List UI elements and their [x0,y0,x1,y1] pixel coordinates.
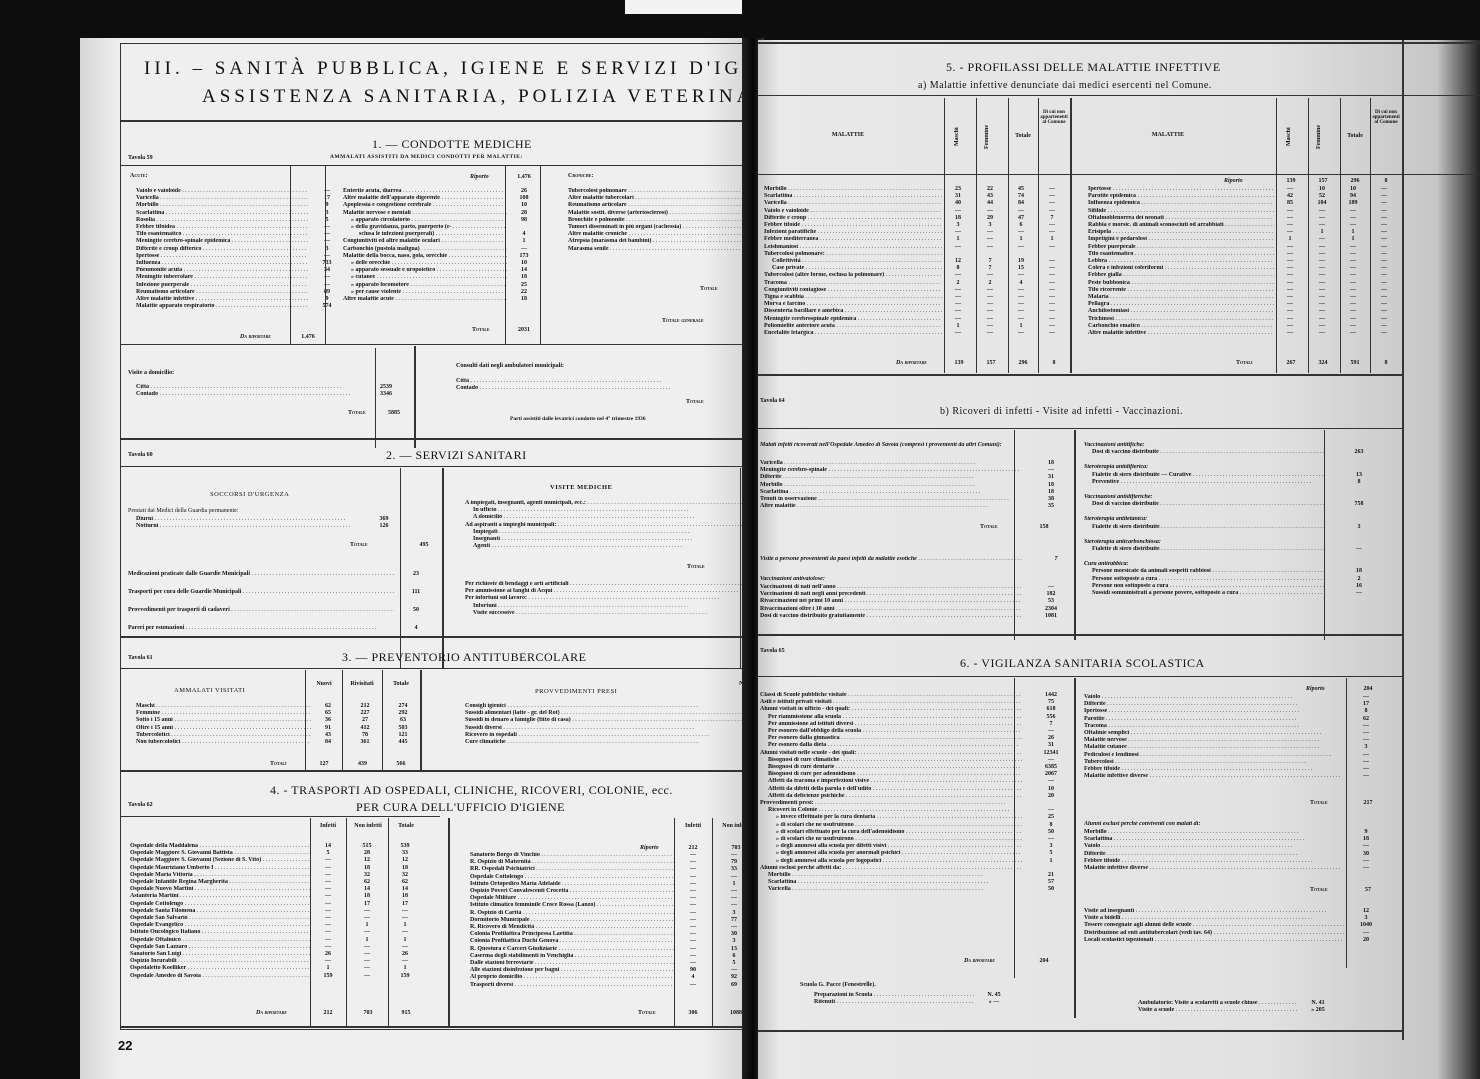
row-value: 189 [1338,200,1368,207]
row-value: — [1306,272,1338,279]
row-value: 74 [1006,193,1036,200]
ricoverati-list: Varicella18Meningite cerebro-spinale—Dif… [760,460,1080,510]
table-row: Ipertosse8 [1084,708,1388,715]
divider [1346,678,1347,968]
table-row: Ospedale Evangelico—11 [130,922,422,929]
row-value: — [1324,590,1394,597]
row-label: Tubercolosi (altre forme, esclusa la pol… [764,272,942,279]
row-label: Classi di Scuole pubbliche visitate [760,692,1022,699]
section4-title-line1: 4. - TRASPORTI AD OSPEDALI, CLINICHE, RI… [270,783,673,798]
row-value: 1 [1338,236,1368,243]
row-value: — [1368,215,1400,222]
table-row: Altre malattie acute18 [343,296,541,303]
row-label: Difterite [760,474,1022,481]
table-row: Encefalite letargica———— [764,330,1068,337]
section5-title: 5. - PROFILASSI DELLE MALATTIE INFETTIVE [946,60,1221,75]
row-value: — [1306,265,1338,272]
row-value: 2067 [1022,771,1080,778]
row-label: R. Ospizio di Maternità [470,859,674,866]
table-row: Persone non sottoposte a cura16 [1084,583,1394,590]
table-row: Ospedale Cottolengo—— [470,874,756,881]
row-value: 1442 [1022,692,1080,699]
table-row: » degli ammessi alla scuola per anormali… [760,850,1080,857]
row-value: — [1338,330,1368,337]
table-row: Preventive8 [1084,479,1394,486]
row-label: » invece effettuato per la cura dentaria [760,814,1022,821]
table-row: Persone sottoposte a cura2 [1084,576,1394,583]
table-row: Ricoveri in Colonie— [760,807,1080,814]
table-row: Ospedaletto Koelliker1—1 [130,965,422,972]
row-label: Vaiolo [1084,843,1344,850]
table-row: Case private8715— [764,265,1068,272]
table-row: Ospedale Infantile Regina Margherita—626… [130,879,422,886]
riporto-value: 204 [1348,686,1388,692]
row-value: 17 [346,901,388,908]
row-value: N. 45 [974,992,1014,999]
divider [712,818,713,1028]
row-value: N. 41 [1298,1000,1338,1007]
row-label: Persone non sottoposte a cura [1084,583,1324,590]
row-value: — [1368,258,1400,265]
row-value: — [310,879,346,886]
row-value: 1 [1022,858,1080,865]
row-label: Ospedale Maggiore S. Giovanni Battista [130,850,310,857]
soccorsi-heading: SOCCORSI D'URGENZA [210,491,289,498]
table-row: Bisognosi di cure climatiche— [760,757,1080,764]
column-header: Totale [1008,133,1038,139]
row-value: — [1036,258,1068,265]
table-row: Preparazioni in ScuolaN. 45 [814,992,1014,999]
row-value: — [1338,323,1368,330]
row-value: 53 [1022,598,1080,605]
row-label: Ipertosse [1088,186,1274,193]
row-value: — [1036,208,1068,215]
row-label: Affetti da difetti della parola e dell'u… [760,786,1022,793]
table-row: Morbillo9 [136,202,346,209]
row-value: — [974,229,1006,236]
divider [1014,430,1015,640]
row-value: — [310,893,346,900]
row-label: Trasporti per cura delle Guardie Municip… [128,583,394,601]
row-value: 159 [310,973,346,980]
row-value: — [310,857,346,864]
row-label: Febbre tifoide [1084,766,1344,773]
table-row: Per esonero dalla dieta31 [760,742,1080,749]
table-row: Al proprio domicilio492 [470,974,756,981]
row-label: » apparato circolatorio [343,217,507,224]
row-value: — [1338,251,1368,258]
row-value: 10 [507,260,541,267]
row-value: 10 [507,202,541,209]
row-label: R. Questura e Carceri Giudiziarie [470,946,674,953]
row-value: — [1344,766,1388,773]
table-row: Bronchite e polmonite [568,217,743,224]
row-value: — [674,852,712,859]
row-label: Medicazioni praticate dalle Guardie Muni… [128,565,394,583]
row-value: 43 [311,732,345,739]
row-value: 44 [974,200,1006,207]
riporto-value: 1.476 [510,174,538,180]
row-label: Ospedale Cottolengo [130,901,310,908]
row-label: Ospedale Mauriziano Umberto I [130,865,310,872]
row-value: — [1368,251,1400,258]
group-heading: Vaccinazioni antidifteriche: [1084,494,1394,501]
divider [414,346,416,448]
row-label: Sanatorio Borgo di Vinchio [470,852,674,859]
transport-list-1: Ospedale della Maddalena14515539Ospedale… [130,843,422,980]
row-label: Meningite cerebrospinale epidemica [764,316,942,323]
row-value: 14 [346,886,388,893]
divider [1014,678,1015,978]
table-row: Altre malattie infettive———— [1088,330,1400,337]
table-row: Difterite e croup difterico3 [136,246,346,253]
table-row: Parotite62 [1084,716,1388,723]
row-value: 3 [1344,744,1388,751]
table-row: Tifo esantematico— [136,231,346,238]
row-value: — [1306,280,1338,287]
table-row: Asili e istituti privati visitati75 [760,699,1080,706]
divider [758,634,1402,636]
ammalati-heading: AMMALATI VISITATI [174,687,245,694]
table-row: Meningite cerebrospinale epidemica———— [764,316,1068,323]
row-label: Sanatorio San Luigi [130,951,310,958]
row-value: 22 [974,186,1006,193]
row-value: — [1368,316,1400,323]
row-value: 17 [1344,701,1388,708]
row-value: 18 [1344,836,1388,843]
row-label: Ipertosse [136,253,308,260]
row-value: — [942,208,974,215]
table-row: Apoplessia e congestione cerebrale10 [343,202,541,209]
row-label: R. Ricovero di Mendicità [470,924,674,931]
row-value: 3 [1022,843,1080,850]
row-value: — [1274,308,1306,315]
row-label: Erisipela [1088,229,1274,236]
chronic-heading: Croniche: [568,173,593,179]
totale-label: Totale [638,1010,656,1016]
row-label: Febbre tifoide [764,222,942,229]
row-label: Tifo esantematico [136,231,308,238]
row-label: Ospedale San Salvario [130,915,310,922]
table-row: Rivaccinazioni nei primi 10 anni53 [760,598,1080,605]
row-value [1036,251,1068,258]
row-value: — [1036,272,1068,279]
table-label: Tavola 65 [760,648,785,654]
row-value: — [1368,308,1400,315]
row-value: 20 [1022,793,1080,800]
row-label: Congiuntiviti ed altre malattie oculari [343,238,507,245]
esclusi-list: Morbillo9Scarlattina18Vaiolo—Difterite30… [1084,829,1388,872]
table-row: Sussidi in denaro a famiglie (fitto di c… [465,717,745,724]
row-label: Per ammissione ad istituti diversi [760,721,1022,728]
row-label: Reumatismo articolare [136,289,308,296]
row-label: Rivaccinazioni nei primi 10 anni [760,598,1022,605]
table-row: R. Ricovero di Mendicità—— [470,924,756,931]
totale-value: 2031 [510,327,538,333]
row-label: Dissenteria bacillare e amebica [764,308,942,315]
table-row: Leishmaniosi———— [764,244,1068,251]
row-value: — [1274,215,1306,222]
divider [120,816,440,817]
totale-label: Totale [980,524,998,530]
row-label: Ospizio Incurabili [130,958,310,965]
table-row: Tifo ricorrente———— [1088,287,1400,294]
row-value: — [674,946,712,953]
table-row: Ospizio Incurabili——— [130,958,422,965]
table-row: Per ammissione ad istituti diversi7 [760,721,1080,728]
row-value: — [1274,294,1306,301]
row-value: — [346,973,388,980]
divider [120,636,758,638]
row-value: — [346,944,388,951]
row-value: — [1274,229,1306,236]
row-value: 3 [308,210,346,217]
row-label: Tifo esantematico [1088,251,1274,258]
table-row: Sussidi alimentari (latte - gr. del Rot) [465,710,745,717]
row-value: 7 [974,265,1006,272]
table-row: Locali scolastici ispezionati20 [1084,937,1388,944]
table-row: Malattie infettive diverse— [1084,865,1388,872]
row-value: — [1338,301,1368,308]
table-row: Consigli igienici [465,703,745,710]
row-label: Tubercolotici [136,732,311,739]
row-value: 9 [308,202,346,209]
row-label: Varicella [136,195,308,202]
row-value: 515 [346,843,388,850]
table-row: Per infortuni sul lavoro: [465,595,745,602]
acute-heading: Acute: [130,173,147,179]
row-value: — [346,915,388,922]
row-value: — [1006,229,1036,236]
group-heading-label: Vaccinazioni antidifteriche: [1084,494,1394,501]
row-label: Morbillo [760,482,1022,489]
table-row: Femmine65227292 [136,710,421,717]
row-value: 3 [1344,915,1388,922]
row-value: 27 [345,717,385,724]
row-value: — [1344,737,1388,744]
column-header: Non infetti [348,823,388,829]
row-value: — [1274,222,1306,229]
table-row: » degli ammessi alla scuola per logopati… [760,858,1080,865]
table-row: Febbre tifoide— [1084,858,1388,865]
row-label: Persone sottoposte a cura [1084,576,1324,583]
table-row: Affetti da tracoma e imperfezioni visive… [760,778,1080,785]
row-label: Rivaccinazioni oltre i 10 anni [760,606,1022,613]
row-value: 412 [345,725,385,732]
row-label: A domicilio [465,514,745,521]
row-value: — [942,301,974,308]
table-label: Tavola 61 [128,655,153,661]
row-value: 23 [942,186,974,193]
row-label: Diurni [136,516,362,523]
row-value: — [1022,757,1080,764]
table-row: Malattie della bocca, naso, gola, orecch… [343,253,541,260]
divider [758,42,1480,44]
row-value: 2 [1324,576,1394,583]
row-value: 65 [311,710,345,717]
row-value: — [1368,186,1400,193]
group-heading-label: Cura antirabbica: [1084,561,1394,568]
row-label: Cure climatiche [465,739,745,746]
da-riportare-label: Da riportare [964,958,995,964]
row-value: 20 [1344,937,1388,944]
row-label: Vaiolo e vaioloide [764,208,942,215]
row-value: — [308,282,346,289]
row-value: 50 [1022,886,1080,893]
row-label: Ospedale Maggiore S. Giovanni (Sezione d… [130,857,310,864]
row-value: — [346,951,388,958]
row-value: — [1368,330,1400,337]
row-label: Tenuti in osservazione [760,496,1022,503]
row-value: 10 [1022,786,1080,793]
table-row: Febbre tifoide336— [764,222,1068,229]
table-row: Congiuntiviti contagiose———— [764,287,1068,294]
row-value: — [310,872,346,879]
section5a-subtitle: a) Malattie infettive denunciate dai med… [918,80,1212,91]
table-row: Cure climatiche [465,739,745,746]
riporto-label: Riporto [1224,178,1243,184]
table-row: Infezione puerperale— [136,282,346,289]
row-label: Pareri per esumazioni [128,619,394,637]
row-value: — [1338,222,1368,229]
row-label: Sifilide [1088,208,1274,215]
row-label: Varicella [760,460,1022,467]
row-label: Ospedaletto Koelliker [130,965,310,972]
table-row: Colonia Profilattica Duchi Genova—3 [470,938,756,945]
row-label: Ospedale Infantile Regina Margherita [130,879,310,886]
row-label: Rabbia e morsic. di animali sconosciuti … [1088,222,1274,229]
table-row: Morbillo9 [1084,829,1388,836]
row-label: Consigli igienici [465,703,745,710]
row-value: — [1306,244,1338,251]
column-header: MALATTIE [1138,132,1198,138]
table-row: Istituto Ortopedico Maria Adelaide—1 [470,881,756,888]
row-value: — [310,929,346,936]
row-label: Altre malattie acute [343,296,507,303]
table-row: Visite a scuole» 205 [1138,1007,1338,1014]
row-value: 26 [1022,735,1080,742]
row-value: — [308,238,346,245]
table-row: Ospedale Amedeo di Savoia159—159 [130,973,422,980]
table-row: Dalle stazioni ferroviarie—5 [470,960,756,967]
column-header: Totale [1340,133,1370,139]
table-row: Trichinosi———— [1088,316,1400,323]
row-value: — [310,915,346,922]
row-value: — [1274,208,1306,215]
table-row: Provvedimenti per trasporti di cadaveri5… [128,601,438,619]
row-label: Ospedale della Maddalena [130,843,310,850]
row-value: 121 [385,732,421,739]
table-row: Difterite31 [760,474,1080,481]
row-value: 1 [388,922,422,929]
table-row: Febbre puerperale———— [1088,244,1400,251]
row-value: 12 [1344,908,1388,915]
row-value: — [1274,323,1306,330]
table-row: Sanatorio San Luigi26—26 [130,951,422,958]
row-value: 52 [1306,193,1338,200]
row-value: 12 [388,857,422,864]
row-value: — [1274,301,1306,308]
row-value: 14 [310,843,346,850]
visite-domicilio-list: Città2539Contado3346 [136,384,406,398]
table-row: » apparato sessuale e uropoietico14 [343,267,541,274]
column-header: Infetti [312,823,344,829]
table-row: Malaria———— [1088,294,1400,301]
row-value: 1 [507,238,541,245]
chronic-totale-label: Totale [700,286,718,292]
row-value: 18 [388,865,422,872]
table-row: Ospedale Nuovo Martini—1414 [130,886,422,893]
table-row: Carbonchio ematico———— [1088,323,1400,330]
row-value: 25 [507,282,541,289]
table-row: Tubercolosi (altre forme, esclusa la pol… [764,272,1068,279]
table-row: Caserma degli stabilimenti in Venchiglia… [470,953,756,960]
services-list: Medicazioni praticate dalle Guardie Muni… [128,565,438,637]
row-value: — [674,924,712,931]
row-label: Peste bubbonica [1088,280,1274,287]
row-value: 45 [1006,186,1036,193]
row-value: 31 [942,193,974,200]
running-head-left: Mese di [720,38,740,40]
row-label: Dalle stazioni ferroviarie [470,960,674,967]
table-row: R. Ospizio di Carità—3 [470,910,756,917]
row-label: Non tubercolotici [136,739,311,746]
divider [944,98,945,373]
table-row: Oftalmoblenorrea dei neonati———— [1088,215,1400,222]
divider [758,374,1402,376]
row-value: 62 [311,703,345,710]
row-value: 6385 [1022,764,1080,771]
row-value: 2 [942,280,974,287]
row-value: » 205 [1298,1007,1338,1014]
row-value: 5 [310,850,346,857]
table-row: Tubercolosi— [1084,759,1388,766]
divider [448,818,450,1028]
riporto-label: Riporto [640,845,659,851]
divider [540,166,541,344]
row-label: Lebbra [1088,258,1274,265]
row-value: — [674,859,712,866]
table-label: Tavola 60 [128,452,153,458]
table-row: A impiegati, insegnanti, agenti municipa… [465,500,745,507]
row-label: Scarlattina [136,210,308,217]
row-value: 18 [388,893,422,900]
row-label: Ospizio Poveri Convalescenti Crocetta [470,888,674,895]
row-value: — [942,229,974,236]
table-row: Scarlattina3 [136,210,346,217]
row-value: 22 [507,289,541,296]
table-row: Contado [456,385,716,392]
row-value: — [974,272,1006,279]
row-value: — [1036,186,1068,193]
row-label: Trasporti diversi [470,982,674,989]
right-page: ede 63 5. - PROFILASSI DELLE MALATTIE IN… [758,40,1480,1079]
row-label: Parotite [1084,716,1344,723]
row-label: Fialette di siero distribuite — Curative [1084,472,1324,479]
table-row: Agenti [465,543,745,550]
column-header: Femmine [1316,112,1322,162]
row-label: Ospedale Nuovo Martini [130,886,310,893]
row-value: — [1036,265,1068,272]
row-value: — [310,958,346,965]
esclusi-totale-label: Totale [1310,887,1328,893]
table-row: Malattie sostit. diverse (arterioscleros… [568,210,743,217]
row-value: 4 [507,231,541,238]
row-label: Per infortuni sul lavoro: [465,595,745,602]
row-label: Influenza epidemica [1088,200,1274,207]
row-label: Pneumonite acuta [136,267,308,274]
divider [120,668,758,669]
